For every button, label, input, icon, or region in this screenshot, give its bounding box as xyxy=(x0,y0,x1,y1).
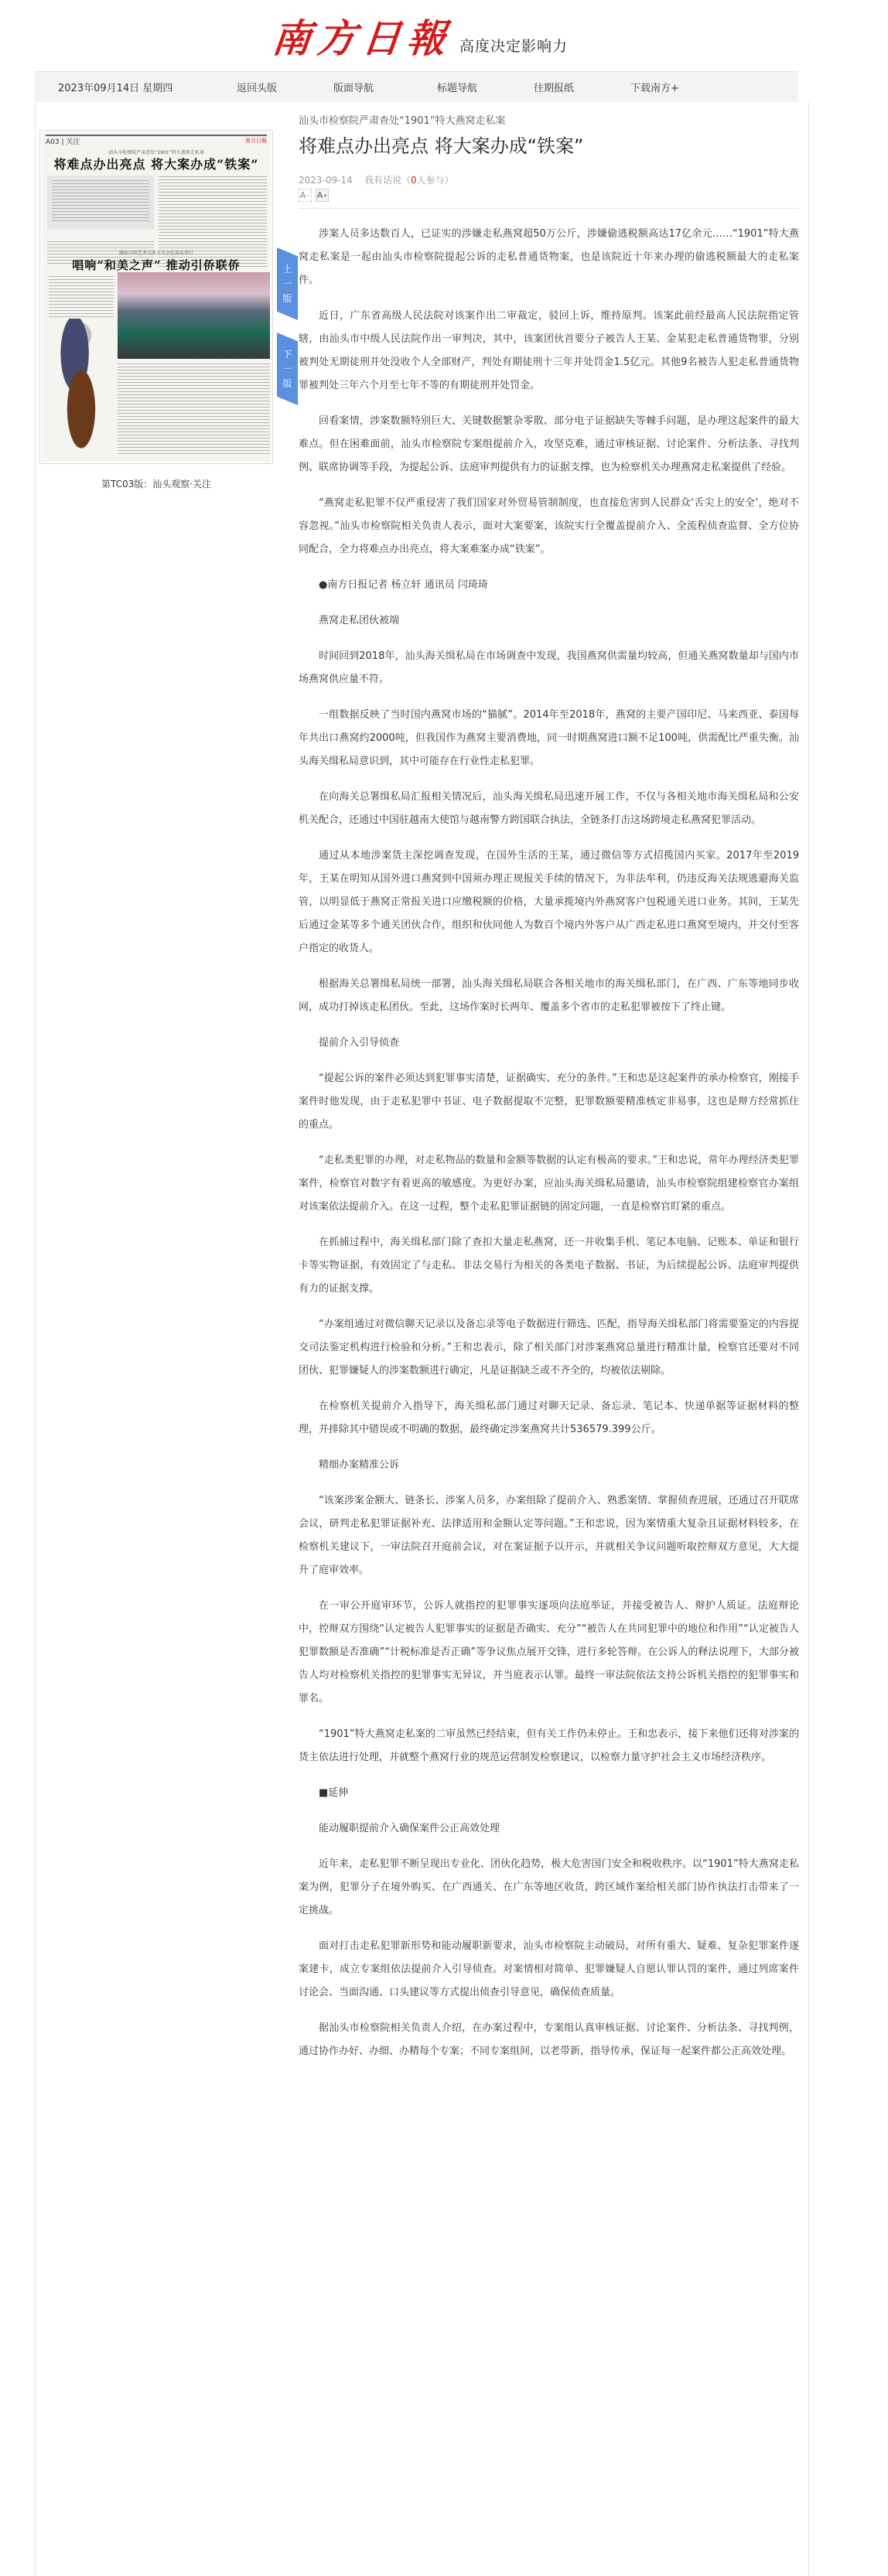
divider xyxy=(299,208,799,209)
paragraph: 在一审公开庭审环节，公诉人就指控的犯罪事实逐项向法庭举证，并接受被告人、辩护人质… xyxy=(299,1595,799,1711)
newspaper-logo[interactable]: 南方日報 xyxy=(270,15,454,62)
paragraph: “1901”特大燕窝走私案的二审虽然已经结束，但有关工作仍未停止。王和忠表示，接… xyxy=(299,1723,799,1769)
newspaper-page-image: A03 | 关注 南方日報 汕头市检察院严肃查处“1901”特大燕窝走私案 将难… xyxy=(43,133,270,461)
next-page-tab[interactable]: 下 一 版 xyxy=(277,333,298,405)
comment-suffix: 人参与） xyxy=(417,175,454,186)
tab-char: 一 xyxy=(282,277,292,292)
paragraph: 回看案情，涉案数额特别巨大、关键数据繁杂零散、部分电子证据缺失等棘手问题，是办理… xyxy=(299,410,799,479)
main-content: A03 | 关注 南方日報 汕头市检察院严肃查处“1901”特大燕窝走私案 将难… xyxy=(35,102,809,2576)
thumbnail-story2-subtitle: 潮汕合唱艺术交流音乐会在汕头举行 xyxy=(43,249,270,256)
paragraph: “走私类犯罪的办理，对走私物品的数量和金额等数据的认定有极高的要求。”王和忠说，… xyxy=(299,1149,799,1219)
thumbnail-text-block xyxy=(49,276,114,319)
paragraph: “该案涉案金额大、链条长、涉案人员多，办案组除了提前介入、熟悉案情、掌握侦查进展… xyxy=(299,1489,799,1582)
paragraph: 在检察机关提前介入指导下，海关缉私部门通过对聊天记录、备忘录、笔记本、快递单据等… xyxy=(299,1395,799,1442)
comment-link[interactable]: 我有话说（0人参与） xyxy=(364,175,454,186)
nav-page-navigation[interactable]: 版面导航 xyxy=(333,80,374,94)
thumbnail-choir-photo xyxy=(118,272,270,359)
tab-char: 上 xyxy=(282,262,292,277)
tab-char: 下 xyxy=(282,347,292,362)
nav-download-app[interactable]: 下载南方+ xyxy=(630,80,679,94)
nav-title-navigation[interactable]: 标题导航 xyxy=(437,80,477,94)
section-heading: 燕窝走私团伙被端 xyxy=(299,609,799,633)
previous-page-tab[interactable]: 上 一 版 xyxy=(277,247,298,320)
section-heading: 精细办案精准公诉 xyxy=(299,1454,799,1477)
paragraph: 在向海关总署缉私局汇报相关情况后，汕头海关缉私局迅速开展工作，不仅与各相关地市海… xyxy=(299,786,799,832)
thumbnail-page-header: A03 | 关注 南方日報 xyxy=(46,135,267,145)
byline: ●南方日报记者 杨立轩 通讯员 闫琦琦 xyxy=(299,574,799,597)
paragraph: “办案组通过对微信聊天记录以及备忘录等电子数据进行筛选、匹配，指导海关缉私部门将… xyxy=(299,1313,799,1383)
sidebar-label: ■延伸 xyxy=(299,1782,799,1805)
thumbnail-text-block xyxy=(118,363,270,456)
section-heading: 提前介入引导侦查 xyxy=(299,1032,799,1055)
paragraph: 根据海关总署缉私局统一部署，汕头海关缉私局联合各相关地市的海关缉私部门，在广西、… xyxy=(299,973,799,1019)
tab-char: 一 xyxy=(282,362,292,377)
thumbnail-logo: 南方日報 xyxy=(245,137,267,145)
logo-slogan: 高度决定影响力 xyxy=(459,35,568,56)
paragraph: 据汕头市检察院相关负责人介绍，在办案过程中，专案组认真审核证据、讨论案件、分析法… xyxy=(299,2017,799,2063)
thumbnail-section: 关注 xyxy=(66,138,80,146)
article-body: 涉案人员多达数百人，已证实的涉嫌走私燕窝超50万公斤，涉嫌偷逃税额高达17亿余元… xyxy=(299,223,799,2063)
article-meta: 2023-09-14 我有话说（0人参与） xyxy=(299,174,799,186)
page-thumbnail[interactable]: A03 | 关注 南方日報 汕头市检察院严肃查处“1901”特大燕窝走私案 将难… xyxy=(39,130,273,464)
page-thumbnail-column: A03 | 关注 南方日報 汕头市检察院严肃查处“1901”特大燕窝走私案 将难… xyxy=(39,130,278,490)
paragraph: 时间回到2018年，汕头海关缉私局在市场调查中发现，我国燕窝供需量均较高，但通关… xyxy=(299,645,799,691)
paragraph: “提起公诉的案件必须达到犯罪事实清楚，证据确实、充分的条件。”王和忠是这起案件的… xyxy=(299,1067,799,1137)
comment-count: 0 xyxy=(411,175,417,186)
paragraph: 近年来，走私犯罪不断呈现出专业化、团伙化趋势，极大危害国门安全和税收秩序。以“1… xyxy=(299,1853,799,1923)
article-title: 将难点办出亮点 将大案办成“铁案” xyxy=(299,135,799,158)
nav-past-issues[interactable]: 往期报纸 xyxy=(534,80,574,94)
font-minus-label: A xyxy=(300,190,306,200)
thumbnail-story1-title[interactable]: 将难点办出亮点 将大案办成“铁案” xyxy=(43,155,270,172)
tab-char: 版 xyxy=(282,377,292,391)
font-increase-button[interactable]: A+ xyxy=(316,189,329,202)
tab-char: 版 xyxy=(282,292,292,306)
thumbnail-story2-title[interactable]: 唱响“和美之声” 推动引侨联侨 xyxy=(43,257,270,273)
section-heading: 能动履职提前介入确保案件公正高效处理 xyxy=(299,1817,799,1841)
article-date: 2023-09-14 xyxy=(299,175,353,186)
article: 汕头市检察院严肃查处“1901”特大燕窝走私案 将难点办出亮点 将大案办成“铁案… xyxy=(299,102,799,2076)
nav-back-to-front-page[interactable]: 返回头版 xyxy=(237,80,277,94)
font-plus-label: A xyxy=(317,190,323,200)
paragraph: 近日，广东省高级人民法院对该案作出二审裁定，驳回上诉，维持原判。该案此前经最高人… xyxy=(299,305,799,397)
font-decrease-button[interactable]: A− xyxy=(299,189,312,202)
site-header: 南方日報 高度决定影响力 xyxy=(272,9,568,62)
paragraph: 一组数据反映了当时国内燕窝市场的“猫腻”。2014年至2018年，燕窝的主要产国… xyxy=(299,704,799,773)
comment-prefix: 我有话说（ xyxy=(364,175,411,186)
font-size-tools: A− A+ xyxy=(299,189,799,202)
issue-date: 2023年09月14日 星期四 xyxy=(58,80,237,94)
thumbnail-caption[interactable]: 第TC03版：汕头观察·关注 xyxy=(39,477,273,490)
paragraph: 通过从本地涉案货主深挖调查发现，在国外生活的王某，通过微信等方式招揽国内买家。2… xyxy=(299,844,799,960)
thumbnail-lead-box xyxy=(47,176,154,230)
thumbnail-cellist-photo xyxy=(49,319,114,458)
paragraph: 涉案人员多达数百人，已证实的涉嫌走私燕窝超50万公斤，涉嫌偷逃税额高达17亿余元… xyxy=(299,223,799,292)
paragraph: 面对打击走私犯罪新形势和能动履职新要求，汕头市检察院主动破局，对所有重大、疑难、… xyxy=(299,1935,799,2005)
thumbnail-page-number: A03 xyxy=(46,138,60,146)
top-navbar: 2023年09月14日 星期四 返回头版 版面导航 标题导航 往期报纸 下载南方… xyxy=(35,71,798,102)
paragraph: “燕窝走私犯罪不仅严重侵害了我们国家对外贸易管制制度，也直接危害到人民群众‘舌尖… xyxy=(299,492,799,561)
article-kicker: 汕头市检察院严肃查处“1901”特大燕窝走私案 xyxy=(299,114,799,128)
paragraph: 在抓捕过程中，海关缉私部门除了查扣大量走私燕窝，还一并收集手机、笔记本电脑、记账… xyxy=(299,1231,799,1301)
